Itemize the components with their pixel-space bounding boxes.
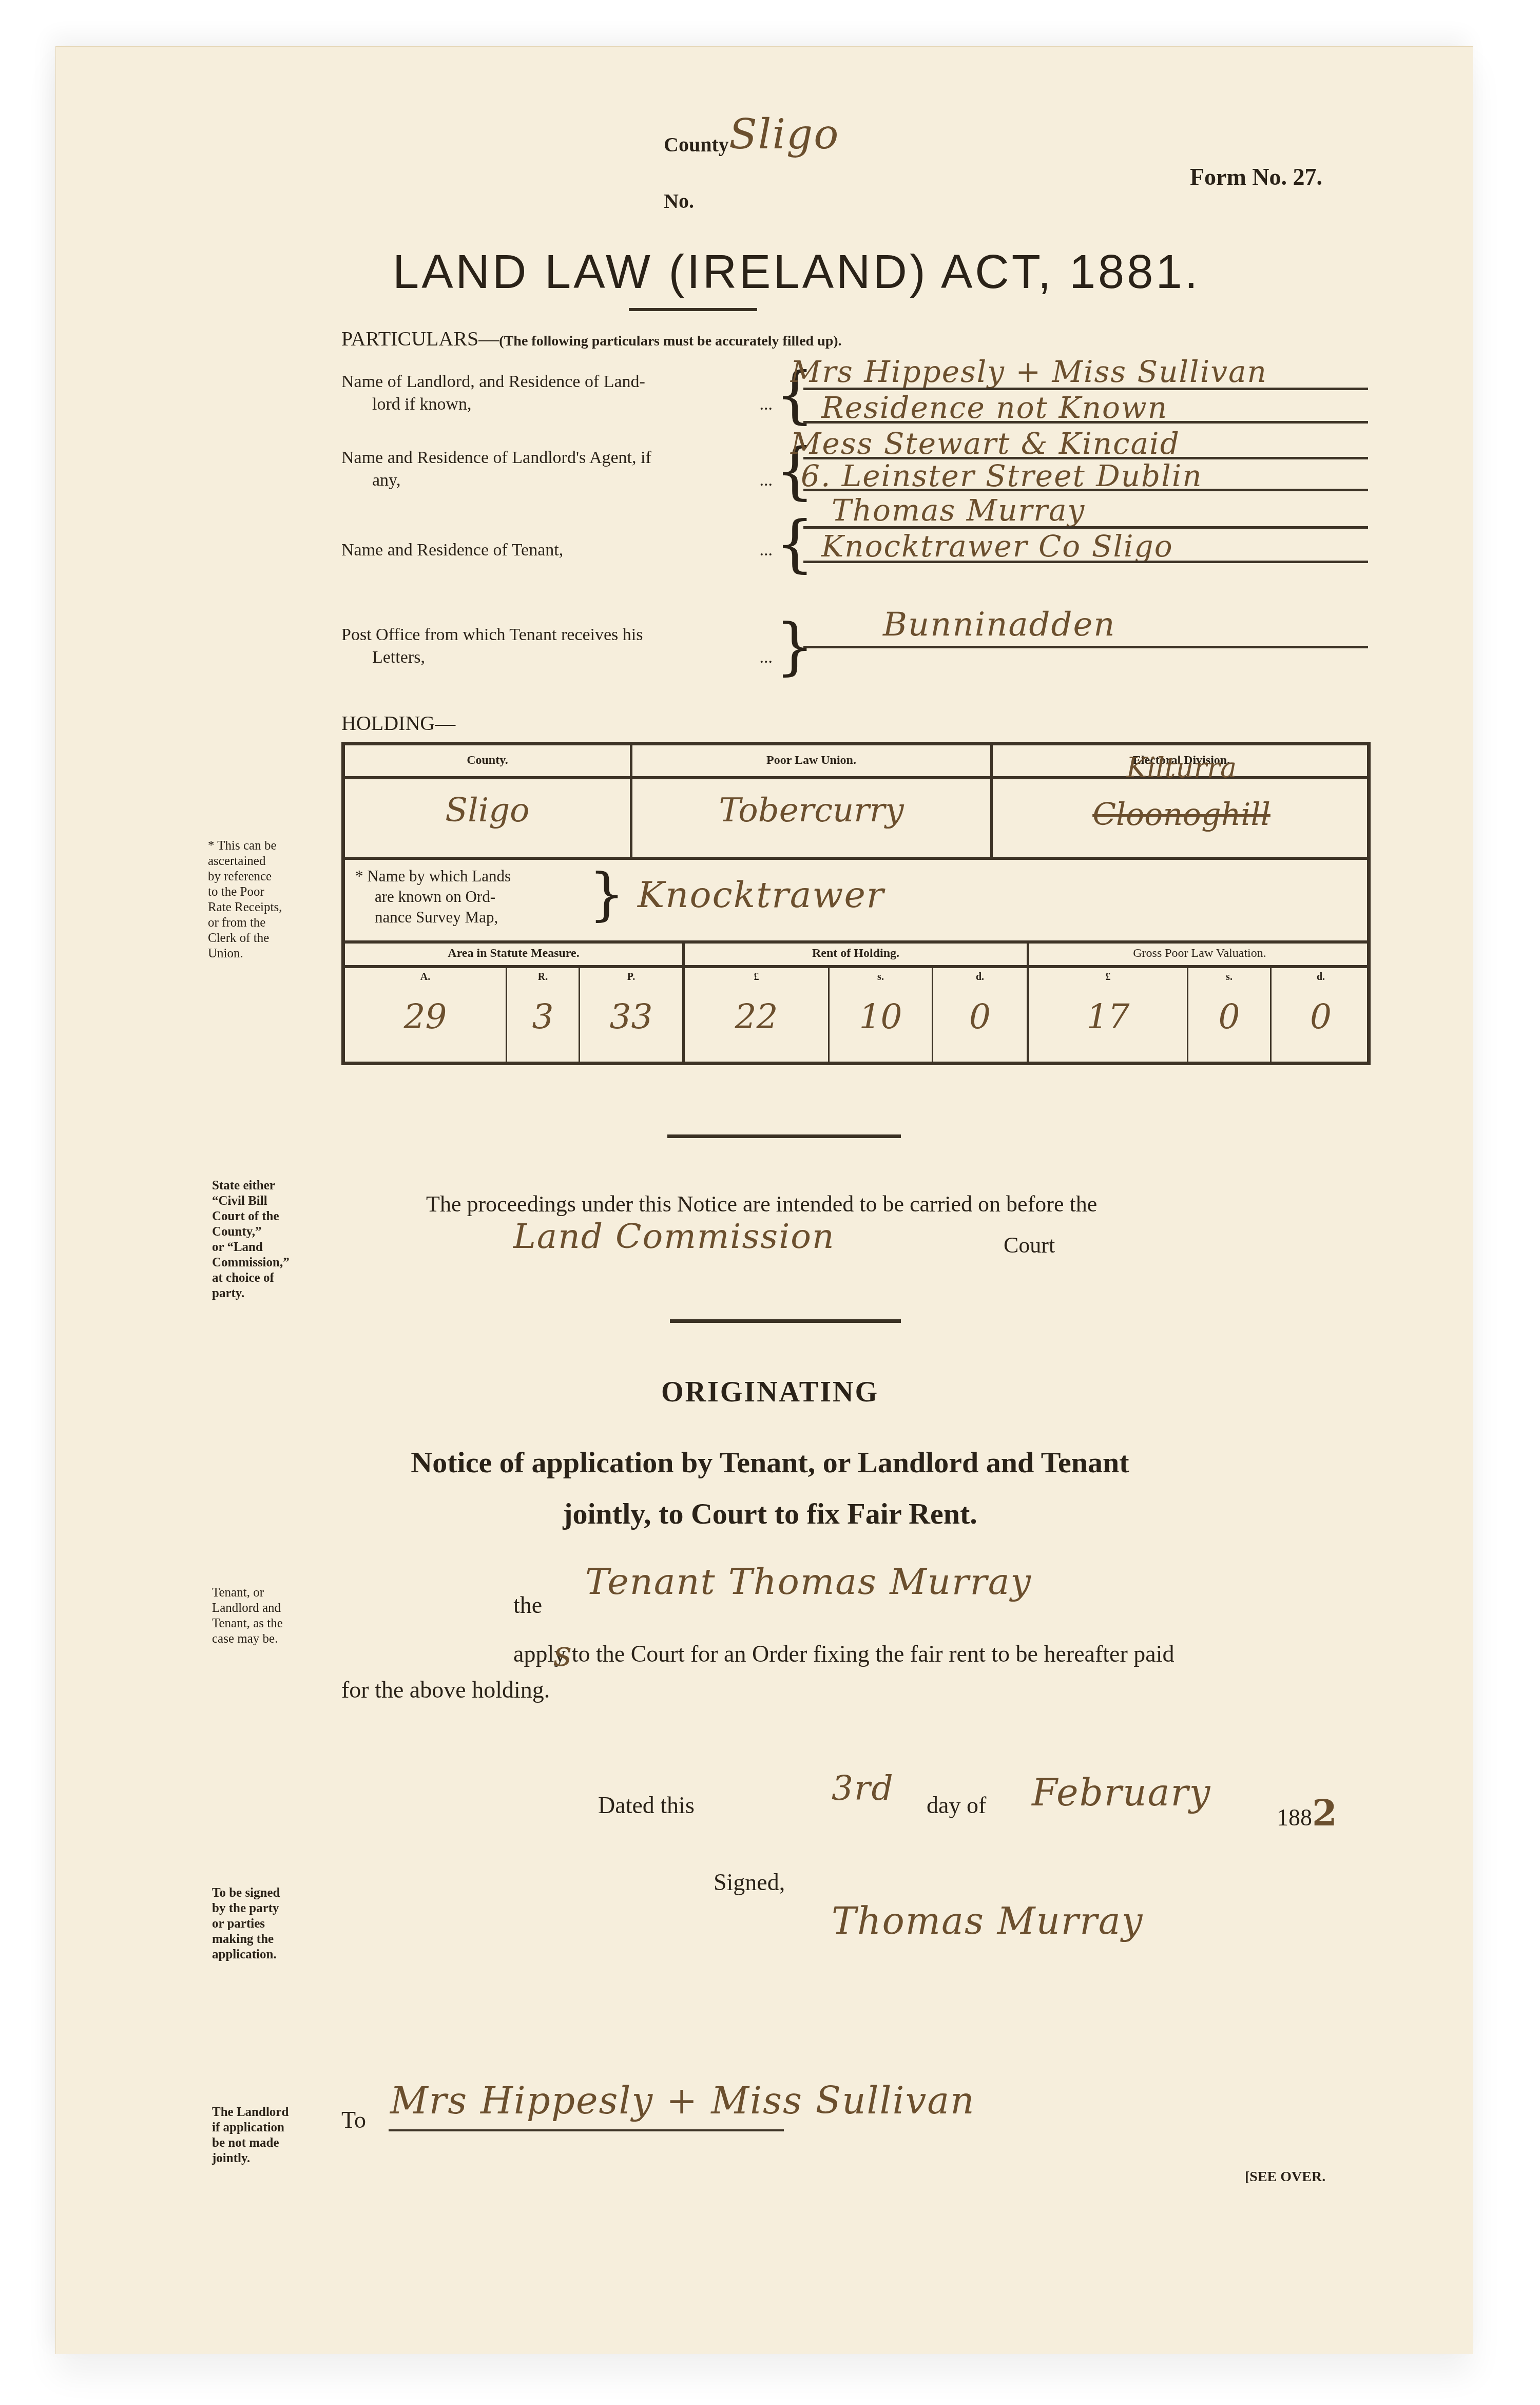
margin-note-line: to the Poor	[208, 884, 282, 900]
sub-header-roods: R.	[507, 971, 579, 983]
no-label: No.	[664, 189, 694, 213]
margin-note-line: by reference	[208, 869, 282, 884]
proceedings-text: The proceedings under this Notice are in…	[426, 1191, 1097, 1217]
poor-law-union-cell[interactable]: Tobercurry	[632, 792, 990, 830]
year-suffix[interactable]: 2	[1312, 1792, 1338, 1834]
divider-rule	[667, 1134, 901, 1138]
apply-text-2: for the above holding.	[341, 1676, 550, 1703]
post-office-value[interactable]: Bunninadden	[883, 606, 1116, 644]
holding-table: County. Poor Law Union. Electoral Divisi…	[341, 742, 1371, 1065]
court-suffix: Court	[1004, 1232, 1055, 1258]
landlord-value-2[interactable]: Residence not Known	[821, 390, 1168, 425]
signature[interactable]: Thomas Murray	[832, 1899, 1143, 1942]
sub-header-acres: A.	[345, 971, 506, 983]
apply-insert[interactable]: s	[553, 1632, 573, 1675]
margin-note-line: case may be.	[212, 1631, 283, 1647]
originating-heading: ORIGINATING	[0, 1376, 1540, 1409]
margin-note-line: To be signed	[212, 1885, 280, 1901]
margin-note-sign: To be signed by the party or parties mak…	[212, 1885, 280, 1963]
county-cell[interactable]: Sligo	[345, 792, 630, 830]
dated-day[interactable]: 3rd	[832, 1768, 894, 1808]
agent-value-2[interactable]: 6. Leinster Street Dublin	[801, 458, 1203, 493]
electoral-division-struck: Cloonoghill	[993, 797, 1370, 833]
margin-note-line: State either	[212, 1178, 290, 1194]
sub-header-rent-pence: d.	[933, 971, 1027, 983]
lands-label-line3: nance Survey Map,	[355, 907, 602, 928]
notice-subtitle-1: Notice of application by Tenant, or Land…	[0, 1445, 1540, 1479]
area-roods[interactable]: 3	[507, 997, 579, 1036]
valuation-pence[interactable]: 0	[1272, 997, 1370, 1036]
electoral-division-cell[interactable]: Kilturra	[993, 752, 1370, 784]
margin-note-holding: * This can be ascertained by reference t…	[208, 838, 282, 961]
form-number: Form No. 27.	[1190, 163, 1322, 190]
margin-note-line: or from the	[208, 915, 282, 931]
landlord-label-line2: lord if known,	[372, 393, 472, 416]
valuation-pounds[interactable]: 17	[1029, 997, 1187, 1036]
margin-note-line: party.	[212, 1286, 290, 1301]
tenant-value-2[interactable]: Knocktrawer Co Sligo	[821, 529, 1173, 564]
divider-rule	[670, 1319, 901, 1323]
sub-header-val-pounds: £	[1029, 971, 1187, 983]
day-of-label: day of	[927, 1792, 986, 1819]
margin-note-line: ascertained	[208, 854, 282, 869]
agent-value-1[interactable]: Mess Stewart & Kincaid	[791, 426, 1180, 461]
margin-note-line: jointly.	[212, 2151, 288, 2166]
landlord-label: Name of Landlord, and Residence of Land-…	[341, 371, 773, 416]
rent-pence[interactable]: 0	[933, 997, 1027, 1036]
margin-note-line: at choice of	[212, 1271, 290, 1286]
apply-text: apply to the Court for an Order fixing t…	[513, 1640, 1175, 1667]
margin-note-line: Union.	[208, 946, 282, 961]
dots: ...	[760, 539, 773, 562]
holding-heading: HOLDING—	[341, 711, 455, 735]
tenant-label-line1: Name and Residence of Tenant,	[341, 539, 563, 562]
sub-header-val-pence: d.	[1272, 971, 1370, 983]
landlord-label-line1: Name of Landlord, and Residence of Land-	[341, 371, 773, 393]
particulars-title: PARTICULARS—	[341, 327, 499, 350]
margin-note-line: or parties	[212, 1916, 280, 1932]
the-label: the	[513, 1591, 542, 1619]
tenant-value-1[interactable]: Thomas Murray	[832, 493, 1085, 528]
sub-header-rent-pounds: £	[685, 971, 828, 983]
notice-subtitle-2: jointly, to Court to fix Fair Rent.	[0, 1496, 1540, 1531]
to-label: To	[341, 2106, 366, 2133]
brace: {	[775, 513, 814, 575]
margin-note-line: The Landlord	[212, 2105, 288, 2120]
area-header: Area in Statute Measure.	[345, 947, 682, 960]
year-prefix: 1882	[1277, 1792, 1338, 1834]
agent-label-line1: Name and Residence of Landlord's Agent, …	[341, 447, 773, 469]
agent-label-line2: any,	[372, 469, 400, 492]
lands-label: * Name by which Lands are known on Ord- …	[355, 866, 602, 928]
margin-note-landlord: The Landlord if application be not made …	[212, 2105, 288, 2166]
lands-label-line2: are known on Ord-	[355, 887, 602, 907]
margin-note-line: Clerk of the	[208, 931, 282, 946]
particulars-instruction: (The following particulars must be accur…	[499, 333, 841, 349]
county-value: Sligo	[729, 110, 839, 158]
margin-note-line: Landlord and	[212, 1601, 283, 1616]
margin-note-line: by the party	[212, 1901, 280, 1916]
dots: ...	[760, 646, 773, 669]
post-office-label-line2: Letters,	[372, 646, 425, 669]
rent-header: Rent of Holding.	[685, 947, 1027, 960]
sub-header-val-shillings: s.	[1188, 971, 1270, 983]
agent-label: Name and Residence of Landlord's Agent, …	[341, 447, 773, 492]
year-prefix-text: 188	[1277, 1804, 1312, 1831]
col-header-poor-law-union: Poor Law Union.	[632, 754, 990, 767]
post-office-label: Post Office from which Tenant receives h…	[341, 624, 773, 669]
brace: }	[589, 866, 625, 922]
margin-note-line: be not made	[212, 2135, 288, 2151]
col-header-county: County.	[345, 754, 630, 767]
particulars-heading: PARTICULARS—(The following particulars m…	[341, 326, 842, 351]
to-underline	[389, 2129, 784, 2131]
rent-pounds[interactable]: 22	[685, 997, 828, 1036]
dated-label: Dated this	[598, 1792, 695, 1819]
see-over: [SEE OVER.	[1245, 2169, 1325, 2185]
to-value[interactable]: Mrs Hippesly + Miss Sullivan	[390, 2079, 975, 2122]
field-underline	[803, 421, 1368, 424]
valuation-shillings[interactable]: 0	[1188, 997, 1270, 1036]
lands-label-line1: * Name by which Lands	[355, 866, 602, 887]
title-rule	[629, 308, 757, 311]
field-underline	[803, 489, 1368, 491]
valuation-header: Gross Poor Law Valuation.	[1029, 947, 1370, 960]
margin-note-line: Tenant, or	[212, 1585, 283, 1601]
rent-shillings[interactable]: 10	[830, 997, 932, 1036]
sub-header-rent-shillings: s.	[830, 971, 932, 983]
county-label: County	[664, 132, 729, 157]
margin-note-line: making the	[212, 1932, 280, 1947]
applicant-value[interactable]: Tenant Thomas Murray	[585, 1561, 1032, 1603]
margin-note-line: Rate Receipts,	[208, 900, 282, 915]
landlord-value-1[interactable]: Mrs Hippesly + Miss Sullivan	[791, 354, 1267, 389]
field-underline	[803, 561, 1368, 563]
post-office-label-line1: Post Office from which Tenant receives h…	[341, 624, 773, 646]
signed-label: Signed,	[714, 1869, 785, 1896]
margin-note-line: Commission,”	[212, 1255, 290, 1271]
area-acres[interactable]: 29	[345, 997, 506, 1036]
dated-month[interactable]: February	[1032, 1771, 1211, 1814]
margin-note-line: or “Land	[212, 1240, 290, 1255]
margin-note-line: if application	[212, 2120, 288, 2135]
margin-note-party: Tenant, or Landlord and Tenant, as the c…	[212, 1585, 283, 1647]
field-underline	[803, 646, 1368, 648]
area-perches[interactable]: 33	[580, 997, 682, 1036]
margin-note-line: * This can be	[208, 838, 282, 854]
court-value[interactable]: Land Commission	[513, 1217, 835, 1256]
margin-note-line: County,”	[212, 1224, 290, 1240]
tenant-label: Name and Residence of Tenant, ...	[341, 539, 773, 562]
dots: ...	[760, 393, 773, 416]
lands-value[interactable]: Knocktrawer	[638, 874, 884, 916]
sub-header-perches: P.	[580, 971, 682, 983]
margin-note-line: “Civil Bill	[212, 1194, 290, 1209]
dots: ...	[760, 469, 773, 492]
margin-note-line: Court of the	[212, 1209, 290, 1224]
margin-note-line: Tenant, as the	[212, 1616, 283, 1631]
page-title: LAND LAW (IRELAND) ACT, 1881.	[393, 245, 1200, 299]
margin-note-court: State either “Civil Bill Court of the Co…	[212, 1178, 290, 1301]
margin-note-line: application.	[212, 1947, 280, 1963]
